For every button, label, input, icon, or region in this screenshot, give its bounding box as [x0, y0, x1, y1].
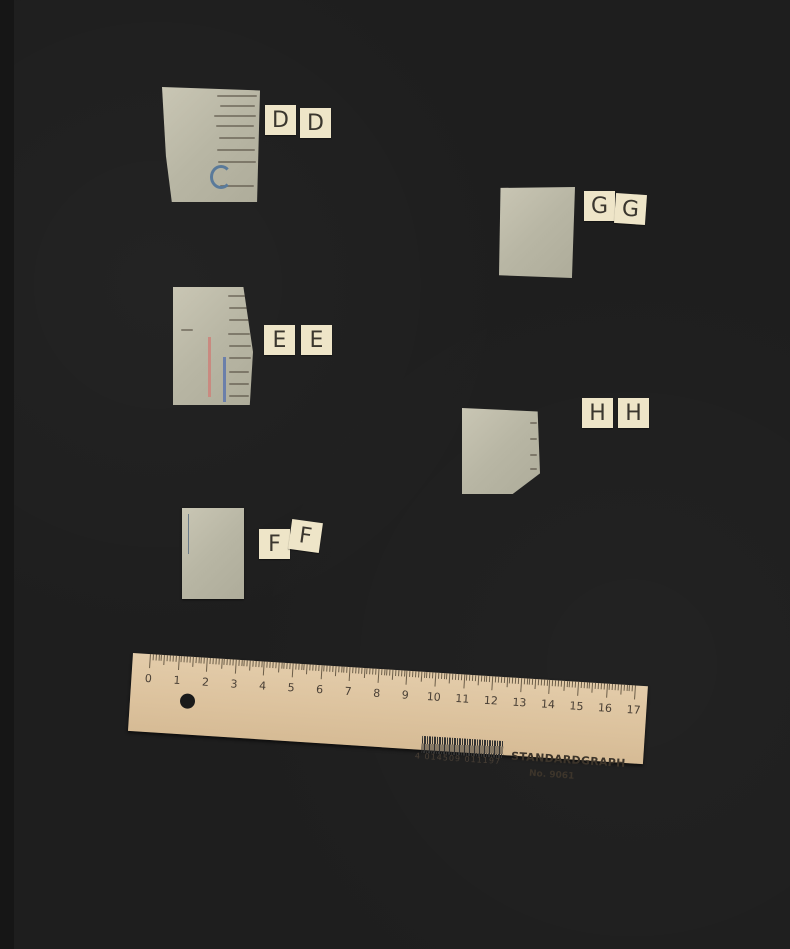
ruler-tick: [195, 657, 196, 663]
ruler-tick: [284, 663, 285, 669]
ruler-tick: [361, 668, 362, 674]
tile-f-2: F: [288, 519, 323, 553]
ruler-tick: [292, 663, 294, 677]
ruler-tick: [152, 654, 153, 660]
ruler-number: 4: [259, 679, 267, 692]
ruler-tick: [629, 685, 630, 691]
ruler-tick: [377, 669, 379, 683]
ruler-tick: [249, 661, 251, 671]
ruler-tick: [461, 674, 462, 680]
ruler-tick: [583, 682, 584, 688]
ruler-tick: [269, 662, 270, 668]
ruler-tick: [518, 678, 519, 684]
ruler-tick: [164, 655, 166, 665]
ruler-number: 7: [344, 685, 352, 698]
fragment-h: [462, 408, 540, 494]
ruler-tick: [372, 668, 373, 674]
ruler-tick: [612, 684, 613, 690]
ruler-tick: [267, 662, 268, 668]
ruler-number: 16: [598, 701, 613, 715]
ruler-tick: [358, 668, 359, 674]
ruler-tick: [512, 678, 513, 684]
ruler-tick: [172, 656, 173, 662]
ruler-tick: [312, 665, 313, 671]
ruler-tick: [486, 676, 487, 682]
ruler-tick: [335, 666, 337, 676]
ruler-tick: [563, 681, 565, 691]
ruler-tick: [618, 684, 619, 690]
ruler-tick: [309, 664, 310, 670]
ruler-tick: [589, 683, 590, 689]
ruler-number: 3: [230, 677, 238, 690]
ruler-tick: [327, 666, 328, 672]
ruler-tick: [601, 683, 602, 689]
ruler-tick: [535, 679, 537, 689]
ruler-tick: [218, 659, 219, 665]
ruler-tick: [352, 667, 353, 673]
ruler-tick: [609, 684, 610, 690]
ruler-tick: [167, 655, 168, 661]
ruler-tick: [538, 679, 539, 685]
ruler-tick: [158, 655, 159, 661]
ruler-tick: [420, 672, 422, 682]
ruler-tick: [455, 674, 456, 680]
ruler-tick: [475, 675, 476, 681]
ruler-tick: [558, 680, 559, 686]
ruler-tick: [401, 670, 402, 676]
tile-g-1: G: [584, 191, 615, 221]
ruler-number: 0: [144, 672, 152, 685]
ruler-tick: [389, 670, 390, 676]
ruler-tick: [552, 680, 553, 686]
ruler-tick: [603, 683, 604, 689]
ruler-tick: [395, 670, 396, 676]
ruler-tick: [149, 654, 151, 668]
ruler-hang-hole: [180, 693, 196, 709]
ruler-tick: [289, 663, 290, 669]
ruler-model: No. 9061: [529, 769, 575, 782]
ruler-tick: [466, 675, 467, 681]
ruler-tick: [501, 677, 502, 683]
ruler-tick: [495, 676, 496, 682]
ruler-tick: [426, 672, 427, 678]
ruler-tick: [555, 680, 556, 686]
ruler-tick: [483, 676, 484, 682]
ruler-tick: [632, 685, 633, 691]
ruler-tick: [478, 675, 480, 685]
ruler-tick: [444, 673, 445, 679]
ruler-tick: [227, 659, 228, 665]
ruler: 01234567891011121314151617 4 014509 0111…: [128, 653, 648, 764]
ruler-number: 17: [626, 703, 641, 717]
ruler-tick: [523, 678, 524, 684]
ruler-tick: [626, 685, 627, 691]
ruler-tick: [178, 656, 180, 670]
ruler-tick: [520, 678, 522, 692]
ruler-tick: [346, 667, 347, 673]
ruler-tick: [623, 685, 624, 691]
ruler-tick: [366, 668, 367, 674]
ruler-tick: [232, 659, 233, 665]
ruler-tick: [586, 682, 587, 688]
ruler-tick: [415, 671, 416, 677]
ruler-tick: [247, 660, 248, 666]
ruler-tick: [463, 674, 465, 688]
tile-g-2: G: [614, 193, 647, 225]
ruler-tick: [272, 662, 273, 668]
ruler-tick: [492, 676, 494, 690]
ruler-tick: [509, 677, 510, 683]
ruler-tick: [452, 674, 453, 680]
ruler-tick: [449, 673, 451, 683]
ruler-tick: [569, 681, 570, 687]
ruler-tick: [432, 672, 433, 678]
ruler-number: 14: [541, 697, 556, 711]
ruler-tick: [424, 672, 425, 678]
ruler-tick: [329, 666, 330, 672]
ruler-tick: [190, 657, 191, 663]
ruler-number: 11: [455, 692, 470, 706]
ruler-tick: [275, 662, 276, 668]
ruler-tick: [241, 660, 242, 666]
ruler-tick: [306, 664, 308, 674]
ruler-tick: [344, 667, 345, 673]
ruler-tick: [398, 670, 399, 676]
faint-mark: [188, 514, 195, 554]
ruler-number: 8: [373, 687, 381, 700]
ruler-number: 15: [569, 699, 584, 713]
ruler-brand: STANDARDGRAPH: [511, 750, 626, 770]
tile-h-1: H: [582, 398, 613, 428]
ruler-tick: [392, 670, 394, 680]
ruler-tick: [187, 656, 188, 662]
fragment-f: [182, 508, 244, 599]
ruler-tick: [184, 656, 185, 662]
ruler-number: 6: [316, 683, 324, 696]
ruler-tick: [238, 660, 239, 666]
ruler-tick: [526, 678, 527, 684]
ruler-tick: [204, 658, 205, 664]
ruler-tick: [469, 675, 470, 681]
ruler-tick: [175, 656, 176, 662]
ruler-tick: [406, 671, 408, 685]
ruler-tick: [592, 683, 594, 693]
ruler-tick: [263, 661, 265, 675]
ruler-tick: [572, 681, 573, 687]
ruler-tick: [634, 685, 636, 699]
ruler-tick: [529, 679, 530, 685]
ruler-tick: [543, 680, 544, 686]
ruler-tick: [349, 667, 351, 681]
ruler-tick: [192, 657, 194, 667]
ruler-tick: [481, 676, 482, 682]
ruler-tick: [575, 682, 576, 688]
ruler-tick: [515, 678, 516, 684]
ruler-tick: [221, 659, 223, 669]
ruler-tick: [438, 673, 439, 679]
red-decoration: [208, 337, 211, 397]
tile-f-1: F: [259, 529, 290, 559]
ruler-tick: [229, 659, 230, 665]
ruler-tick: [506, 677, 508, 687]
ruler-number: 1: [173, 674, 181, 687]
ruler-tick: [541, 679, 542, 685]
ruler-tick: [181, 656, 182, 662]
ruler-tick: [577, 682, 579, 696]
tile-e-1: E: [264, 325, 295, 355]
ruler-tick: [598, 683, 599, 689]
ruler-tick: [434, 673, 436, 687]
ruler-tick: [235, 660, 237, 674]
ruler-tick: [304, 664, 305, 670]
ruler-tick: [381, 669, 382, 675]
blue-initial: [210, 165, 232, 189]
ruler-tick: [338, 666, 339, 672]
ruler-tick: [549, 680, 551, 694]
ruler-tick: [581, 682, 582, 688]
ruler-tick: [324, 665, 325, 671]
ruler-tick: [206, 658, 208, 672]
ruler-tick: [298, 664, 299, 670]
ruler-tick: [161, 655, 162, 661]
ruler-tick: [498, 677, 499, 683]
ruler-tick: [386, 669, 387, 675]
fragment-d: [162, 87, 260, 202]
ruler-number: 10: [426, 690, 441, 704]
ruler-tick: [252, 661, 253, 667]
ruler-tick: [198, 657, 199, 663]
ruler-tick: [566, 681, 567, 687]
ruler-tick: [375, 669, 376, 675]
ruler-tick: [212, 658, 213, 664]
ruler-tick: [258, 661, 259, 667]
ruler-tick: [446, 673, 447, 679]
ruler-tick: [244, 660, 245, 666]
ruler-tick: [606, 684, 608, 698]
ruler-tick: [595, 683, 596, 689]
ruler-tick: [155, 654, 156, 660]
ruler-tick: [320, 665, 322, 679]
ruler-tick: [441, 673, 442, 679]
ruler-tick: [170, 655, 171, 661]
ruler-tick: [409, 671, 410, 677]
ruler-tick: [363, 668, 365, 678]
ruler-tick: [355, 667, 356, 673]
ruler-tick: [532, 679, 533, 685]
tile-d-2: D: [300, 108, 331, 138]
ruler-tick: [369, 668, 370, 674]
ruler-tick: [295, 664, 296, 670]
tile-h-2: H: [618, 398, 649, 428]
ruler-tick: [546, 680, 547, 686]
ruler-tick: [287, 663, 288, 669]
felt-edge: [0, 0, 14, 949]
ruler-number: 9: [401, 688, 409, 701]
ruler-tick: [318, 665, 319, 671]
ruler-tick: [201, 657, 202, 663]
ruler-tick: [489, 676, 490, 682]
ruler-number: 2: [202, 676, 210, 689]
ruler-tick: [332, 666, 333, 672]
tile-e-2: E: [301, 325, 332, 355]
ruler-tick: [255, 661, 256, 667]
tile-d-1: D: [265, 105, 296, 135]
fragment-g: [499, 187, 575, 278]
ruler-tick: [261, 661, 262, 667]
ruler-number: 13: [512, 696, 527, 710]
ruler-tick: [458, 674, 459, 680]
ruler-tick: [341, 666, 342, 672]
ruler-tick: [503, 677, 504, 683]
ruler-tick: [418, 671, 419, 677]
ruler-tick: [404, 671, 405, 677]
blue-decoration: [223, 357, 226, 402]
ruler-tick: [224, 659, 225, 665]
ruler-tick: [615, 684, 616, 690]
ruler-tick: [412, 671, 413, 677]
ruler-tick: [620, 685, 622, 695]
ruler-tick: [281, 663, 282, 669]
ruler-tick: [315, 665, 316, 671]
ruler-tick: [429, 672, 430, 678]
ruler-number: 12: [483, 694, 498, 708]
ruler-tick: [215, 658, 216, 664]
ruler-tick: [384, 669, 385, 675]
ruler-tick: [278, 662, 280, 672]
ruler-tick: [209, 658, 210, 664]
ruler-tick: [561, 681, 562, 687]
ruler-tick: [301, 664, 302, 670]
ruler-number: 5: [287, 681, 295, 694]
fragment-e: [173, 287, 253, 405]
ruler-tick: [472, 675, 473, 681]
